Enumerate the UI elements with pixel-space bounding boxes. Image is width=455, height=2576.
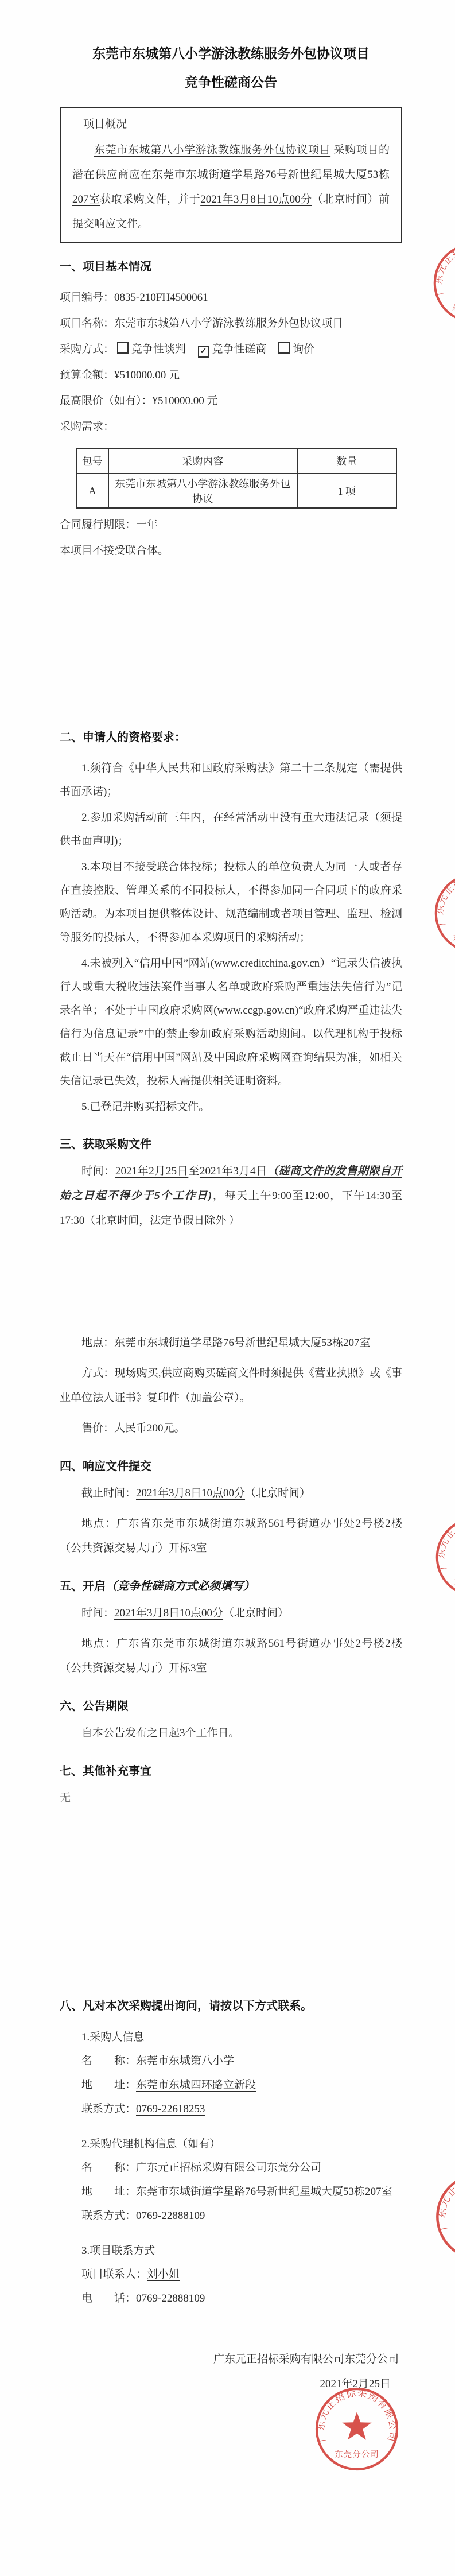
document-page: 东莞市东城第八小学游泳教练服务外包协议项目 竞争性磋商公告 项目概况 东莞市东城…	[0, 0, 455, 2576]
project-name-line: 项目名称：东莞市东城第八小学游泳教练服务外包协议项目	[60, 311, 402, 336]
budget-value: ¥510000.00 元	[114, 369, 180, 381]
afternoon-open-time: 14:30	[365, 1190, 390, 1202]
checkbox-unchecked-icon	[278, 342, 290, 354]
svg-text:广东元正招标采购有限公司: 广东元正招标采购有限公司	[435, 1517, 455, 1571]
checkbox-checked-icon: ✓	[198, 346, 209, 358]
opening-time-value: 2021年3月8日10点00分	[114, 1607, 223, 1619]
submission-place-line: 地点：广东省东莞市东城街道东城路561号街道办事处2号楼2楼（公共资源交易大厅）…	[60, 1511, 402, 1561]
document-obtain-way: 方式：现场购买,供应商购买磋商文件时须提供《营业执照》或《事业单位法人证书》复印…	[60, 1361, 402, 1410]
purchase-method-label: 采购方式：	[60, 343, 114, 355]
morning-open-time: 9:00	[272, 1190, 291, 1202]
project-contact-title: 3.项目联系方式	[60, 2240, 402, 2263]
document-price-line: 售价：人民币200元。	[60, 1416, 402, 1441]
project-code-label: 项目编号：	[60, 292, 114, 304]
signature-company: 广东元正招标采购有限公司东莞分公司	[60, 2351, 399, 2368]
section-2-heading: 二、申请人的资格要求：	[60, 729, 402, 746]
section-1-items: 项目编号：0835-210FH4500061 项目名称：东莞市东城第八小学游泳教…	[60, 285, 402, 440]
edge-seal-fragment: 广东元正招标采购有限公司 东莞分公司	[434, 2171, 455, 2263]
project-name-value: 东莞市东城第八小学游泳教练服务外包协议项目	[114, 317, 343, 329]
svg-text:广东元正招标采购有限公司: 广东元正招标采购有限公司	[433, 243, 455, 297]
section-7-heading: 七、其他补充事宜	[60, 1763, 402, 1780]
table-row: A 东莞市东城第八小学游泳教练服务外包协议 1 项	[76, 474, 396, 508]
section-8-heading: 八、凡对本次采购提出询问，请按以下方式联系。	[60, 1997, 402, 2015]
submission-deadline-line: 截止时间：2021年3月8日10点00分（北京时间）	[60, 1481, 402, 1506]
seal-branch-text: 东莞分公司	[452, 303, 455, 312]
opening-time-line: 时间：2021年3月8日10点00分（北京时间）	[60, 1601, 402, 1625]
afternoon-close-time: 17:30	[60, 1215, 84, 1227]
purchaser-phone: 0769-22618253	[136, 2103, 205, 2115]
project-contact-name: 刘小姐	[147, 2268, 180, 2280]
method-option-consultation: ✓竞争性磋商	[198, 343, 267, 355]
overview-paragraph: 东莞市东城第八小学游泳教练服务外包协议项目 采购项目的潜在供应商应在东莞市东城街…	[72, 138, 390, 236]
agency-name: 广东元正招标采购有限公司东莞分公司	[136, 2162, 321, 2174]
section-5-heading: 五、开启（竞争性磋商方式必须填写）	[60, 1578, 402, 1595]
opening-time-label: 时间：	[81, 1607, 114, 1619]
budget-line: 预算金额：¥510000.00 元	[60, 362, 402, 388]
project-phone-line: 电 话：0769-22888109	[60, 2287, 402, 2311]
document-obtain-time: 时间：2021年2月25日至2021年3月4日（磋商文件的发售期限自开始之日起不…	[60, 1159, 402, 1233]
purchaser-name: 东莞市东城第八小学	[136, 2055, 234, 2067]
purchase-method-line: 采购方式： 竞争性谈判 ✓竞争性磋商 询价	[60, 336, 402, 362]
seal-branch-text: 东莞分公司	[335, 2449, 379, 2459]
section-1-heading: 一、项目基本情况	[60, 258, 402, 276]
page-break-gap	[60, 1233, 402, 1330]
section-5-heading-note: （竞争性磋商方式必须填写）	[106, 1580, 255, 1593]
company-seal-stamp: 广东元正招标采购有限公司 东莞分公司	[313, 2385, 400, 2473]
col-header-quantity: 数量	[297, 448, 396, 474]
checkbox-unchecked-icon	[117, 342, 129, 354]
project-overview-box: 项目概况 东莞市东城第八小学游泳教练服务外包协议项目 采购项目的潜在供应商应在东…	[60, 107, 402, 243]
deadline-value: 2021年3月8日10点00分	[136, 1487, 245, 1499]
opening-place-line: 地点：广东省东莞市东城街道东城路561号街道办事处2号楼2楼（公共资源交易大厅）…	[60, 1631, 402, 1681]
project-name-label: 项目名称：	[60, 317, 114, 329]
svg-text:广东元正招标采购有限公司: 广东元正招标采购有限公司	[434, 873, 455, 927]
edge-seal-fragment: 广东元正招标采购有限公司 东莞分公司	[434, 1515, 455, 1599]
agency-info-title: 2.采购代理机构信息（如有）	[60, 2133, 402, 2156]
document-content: 东莞市东城第八小学游泳教练服务外包协议项目 竞争性磋商公告 项目概况 东莞市东城…	[0, 0, 455, 2393]
purchaser-address-line: 地 址：东莞市东城四环路立新段	[60, 2073, 402, 2097]
sale-start-date: 2021年2月25日	[115, 1165, 188, 1177]
project-phone: 0769-22888109	[136, 2292, 205, 2305]
deadline-label: 截止时间：	[81, 1487, 136, 1499]
svg-text:广东元正招标采购有限公司: 广东元正招标采购有限公司	[435, 2173, 455, 2232]
project-code-line: 项目编号：0835-210FH4500061	[60, 285, 402, 311]
overview-text: 获取采购文件，并于	[100, 193, 200, 205]
seal-star-icon	[342, 2412, 371, 2440]
purchaser-info-group: 1.采购人信息 名 称：东莞市东城第八小学 地 址：东莞市东城四环路立新段 联系…	[60, 2026, 402, 2121]
price-cap-line: 最高限价（如有）：¥510000.00 元	[60, 388, 402, 414]
col-header-content: 采购内容	[108, 448, 297, 474]
morning-close-time: 12:00	[304, 1190, 329, 1202]
seal-arc-text: 广东元正招标采购有限公司	[435, 1517, 455, 1571]
price-cap-value: ¥510000.00 元	[153, 395, 218, 407]
agency-info-group: 2.采购代理机构信息（如有） 名 称：广东元正招标采购有限公司东莞分公司 地 址…	[60, 2133, 402, 2228]
agency-address-line: 地 址：东莞市东城街道学星路76号新世纪星城大厦53栋207室	[60, 2180, 402, 2204]
sale-end-date: 2021年3月4日	[200, 1165, 267, 1177]
method-option-negotiation: 竞争性谈判	[117, 343, 186, 355]
agency-name-line: 名 称：广东元正招标采购有限公司东莞分公司	[60, 2156, 402, 2180]
price-cap-label: 最高限价（如有）：	[60, 395, 153, 407]
page-break-gap	[60, 564, 402, 714]
seal-arc-text: 广东元正招标采购有限公司	[435, 2173, 455, 2232]
purchaser-address: 东莞市东城四环路立新段	[136, 2079, 256, 2091]
agency-address: 东莞市东城街道学星路76号新世纪星城大厦53栋207室	[136, 2186, 392, 2198]
purchaser-info-title: 1.采购人信息	[60, 2026, 402, 2049]
time-label: 时间：	[81, 1165, 115, 1177]
contract-term-line: 合同履行期限：一年	[60, 512, 402, 538]
way-label: 方式：	[81, 1367, 114, 1379]
purchaser-phone-line: 联系方式：0769-22618253	[60, 2097, 402, 2121]
agency-phone-line: 联系方式：0769-22888109	[60, 2204, 402, 2228]
section-4-heading: 四、响应文件提交	[60, 1458, 402, 1475]
title-line-1: 东莞市东城第八小学游泳教练服务外包协议项目	[60, 44, 402, 64]
section-6-heading: 六、公告期限	[60, 1698, 402, 1715]
budget-label: 预算金额：	[60, 369, 114, 381]
qualification-item-3: 3.本项目不接受联合体投标；投标人的单位负责人为同一人或者存在直接控股、管理关系…	[60, 855, 402, 949]
announcement-period-line: 自本公告发布之日起3个工作日。	[60, 1721, 402, 1745]
no-consortium-line: 本项目不接受联合体。	[60, 538, 402, 564]
section-3-heading: 三、获取采购文件	[60, 1136, 402, 1153]
demand-label-line: 采购需求：	[60, 414, 402, 440]
col-header-package: 包号	[76, 448, 108, 474]
edge-seal-fragment: 广东元正招标采购有限公司 东莞分公司	[433, 871, 455, 955]
overview-deadline: 2021年3月8日10点00分	[200, 193, 312, 205]
purchaser-name-line: 名 称：东莞市东城第八小学	[60, 2049, 402, 2073]
title-line-2: 竞争性磋商公告	[60, 72, 402, 93]
table-header-row: 包号 采购内容 数量	[76, 448, 396, 474]
seal-arc-text: 广东元正招标采购有限公司	[434, 873, 455, 927]
cell-quantity: 1 项	[297, 474, 396, 508]
qualification-item-1: 1.须符合《中华人民共和国政府采购法》第二十二条规定（需提供书面承诺)；	[60, 756, 402, 804]
qualification-item-2: 2.参加采购活动前三年内，在经营活动中没有重大违法记录（须提供书面声明)；	[60, 806, 402, 853]
procurement-demand-table: 包号 采购内容 数量 A 东莞市东城第八小学游泳教练服务外包协议 1 项	[76, 448, 397, 509]
signature-gap	[60, 2311, 402, 2351]
document-obtain-place: 地点：东莞市东城街道学星路76号新世纪星城大厦53栋207室	[60, 1330, 402, 1355]
cell-package: A	[76, 474, 108, 508]
supplementary-none: 无	[60, 1786, 402, 1810]
qualification-list: 1.须符合《中华人民共和国政府采购法》第二十二条规定（需提供书面承诺)； 2.参…	[60, 756, 402, 1119]
agency-phone: 0769-22888109	[136, 2210, 205, 2222]
page-title: 东莞市东城第八小学游泳教练服务外包协议项目 竞争性磋商公告	[60, 44, 402, 93]
qualification-item-4: 4.未被列入“信用中国”网站(www.creditchina.gov.cn）“记…	[60, 952, 402, 1093]
overview-label: 项目概况	[72, 115, 390, 134]
page-break-gap	[60, 1810, 402, 1983]
seal-arc-text: 广东元正招标采购有限公司	[433, 243, 455, 297]
method-option-inquiry: 询价	[278, 343, 314, 355]
project-contact-group: 3.项目联系方式 项目联系人：刘小姐 电 话：0769-22888109	[60, 2240, 402, 2311]
project-contact-line: 项目联系人：刘小姐	[60, 2263, 402, 2287]
qualification-item-5: 5.已登记并购买招标文件。	[60, 1095, 402, 1119]
cell-content: 东莞市东城第八小学游泳教练服务外包协议	[108, 474, 297, 508]
overview-project-name: 东莞市东城第八小学游泳教练服务外包协议项目	[94, 144, 330, 156]
edge-seal-fragment: 广东元正招标采购有限公司 东莞分公司	[431, 241, 455, 325]
project-code-value: 0835-210FH4500061	[114, 292, 208, 304]
